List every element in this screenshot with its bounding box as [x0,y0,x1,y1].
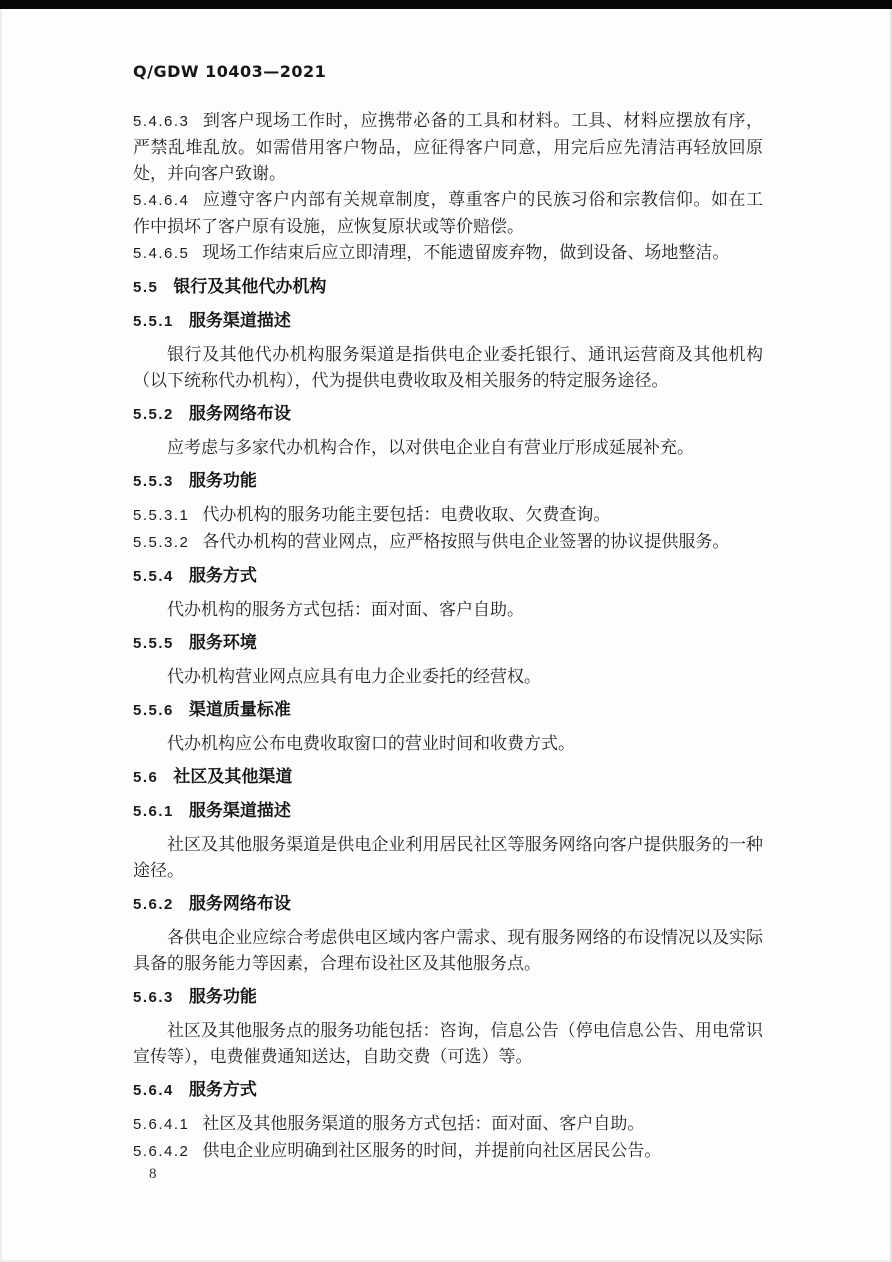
heading-5-5-2: 5.5.2服务网络布设 [133,401,763,428]
paragraph: 代办机构的服务方式包括：面对面、客户自助。 [133,597,763,623]
heading-number: 5.5.1 [133,313,174,330]
clause-text: 社区及其他服务渠道的服务方式包括：面对面、客户自助。 [202,1114,644,1133]
heading-number: 5.6.2 [133,896,174,913]
heading-5-5-6: 5.5.6渠道质量标准 [133,697,763,724]
clause-number: 5.4.6.3 [133,113,189,130]
clause-5-5-3-1: 5.5.3.1代办机构的服务功能主要包括：电费收取、欠费查询。 [133,502,763,529]
heading-number: 5.6.1 [133,803,174,820]
paragraph: 应考虑与多家代办机构合作，以对供电企业自有营业厅形成延展补充。 [133,435,763,461]
clause-5-4-6-4: 5.4.6.4应遵守客户内部有关规章制度，尊重客户的民族习俗和宗教信仰。如在工作… [133,187,763,240]
heading-title: 服务方式 [189,566,257,585]
heading-number: 5.5.2 [133,406,174,423]
heading-5-5-5: 5.5.5服务环境 [133,630,763,657]
heading-number: 5.5.4 [133,568,174,585]
paragraph: 社区及其他服务渠道是供电企业利用居民社区等服务网络向客户提供服务的一种途径。 [133,832,763,884]
heading-number: 5.5.6 [133,702,174,719]
paragraph: 代办机构应公布电费收取窗口的营业时间和收费方式。 [133,731,763,757]
clause-5-4-6-3: 5.4.6.3到客户现场工作时，应携带必备的工具和材料。工具、材料应摆放有序，严… [133,108,763,187]
heading-5-5-3: 5.5.3服务功能 [133,468,763,495]
heading-5-6-2: 5.6.2服务网络布设 [133,891,763,918]
heading-title: 银行及其他代办机构 [173,277,326,296]
clause-5-5-3-2: 5.5.3.2各代办机构的营业网点，应严格按照与供电企业签署的协议提供服务。 [133,529,763,556]
clause-text: 供电企业应明确到社区服务的时间，并提前向社区居民公告。 [202,1141,661,1160]
heading-title: 服务方式 [189,1080,257,1099]
heading-number: 5.6 [133,769,158,786]
heading-5-6-4: 5.6.4服务方式 [133,1077,763,1104]
clause-number: 5.6.4.2 [133,1143,189,1160]
clause-5-4-6-5: 5.4.6.5现场工作结束后应立即清理，不能遗留废弃物，做到设备、场地整洁。 [133,240,763,267]
scan-edge-artifact [0,0,892,9]
paragraph: 银行及其他代办机构服务渠道是指供电企业委托银行、通讯运营商及其他机构（以下统称代… [133,342,763,394]
heading-title: 服务功能 [189,987,257,1006]
clause-text: 应遵守客户内部有关规章制度，尊重客户的民族习俗和宗教信仰。如在工作中损坏了客户原… [133,190,763,236]
heading-title: 服务功能 [189,471,257,490]
heading-title: 渠道质量标准 [189,700,291,719]
clause-number: 5.6.4.1 [133,1116,189,1133]
document-page: Q/GDW 10403—2021 5.4.6.3到客户现场工作时，应携带必备的工… [0,0,892,1262]
clause-text: 各代办机构的营业网点，应严格按照与供电企业签署的协议提供服务。 [202,532,729,551]
heading-5-6: 5.6社区及其他渠道 [133,764,763,791]
paragraph: 社区及其他服务点的服务功能包括：咨询，信息公告（停电信息公告、用电常识宣传等），… [133,1018,763,1070]
clause-number: 5.5.3.2 [133,534,189,551]
paragraph: 代办机构营业网点应具有电力企业委托的经营权。 [133,664,763,690]
heading-title: 服务渠道描述 [189,801,291,820]
heading-title: 服务网络布设 [189,404,291,423]
heading-5-5: 5.5银行及其他代办机构 [133,274,763,301]
heading-title: 服务网络布设 [189,894,291,913]
clause-5-6-4-2: 5.6.4.2供电企业应明确到社区服务的时间，并提前向社区居民公告。 [133,1138,763,1165]
clause-number: 5.4.6.4 [133,192,189,209]
clause-text: 到客户现场工作时，应携带必备的工具和材料。工具、材料应摆放有序，严禁乱堆乱放。如… [133,111,763,183]
heading-5-5-4: 5.5.4服务方式 [133,563,763,590]
heading-number: 5.6.3 [133,989,174,1006]
clause-text: 代办机构的服务功能主要包括：电费收取、欠费查询。 [202,505,610,524]
standard-code-header: Q/GDW 10403—2021 [133,62,763,82]
heading-number: 5.5.5 [133,635,174,652]
heading-5-5-1: 5.5.1服务渠道描述 [133,308,763,335]
heading-title: 服务环境 [189,633,257,652]
page-number: 8 [149,1166,157,1183]
paragraph: 各供电企业应综合考虑供电区域内客户需求、现有服务网络的布设情况以及实际具备的服务… [133,925,763,977]
heading-5-6-1: 5.6.1服务渠道描述 [133,798,763,825]
heading-title: 服务渠道描述 [189,311,291,330]
heading-5-6-3: 5.6.3服务功能 [133,984,763,1011]
heading-number: 5.6.4 [133,1082,174,1099]
clause-text: 现场工作结束后应立即清理，不能遗留废弃物，做到设备、场地整洁。 [202,243,729,262]
heading-number: 5.5.3 [133,473,174,490]
clause-number: 5.4.6.5 [133,245,189,262]
clause-5-6-4-1: 5.6.4.1社区及其他服务渠道的服务方式包括：面对面、客户自助。 [133,1111,763,1138]
heading-title: 社区及其他渠道 [173,767,292,786]
clause-number: 5.5.3.1 [133,507,189,524]
heading-number: 5.5 [133,279,158,296]
document-body: Q/GDW 10403—2021 5.4.6.3到客户现场工作时，应携带必备的工… [133,62,763,1165]
